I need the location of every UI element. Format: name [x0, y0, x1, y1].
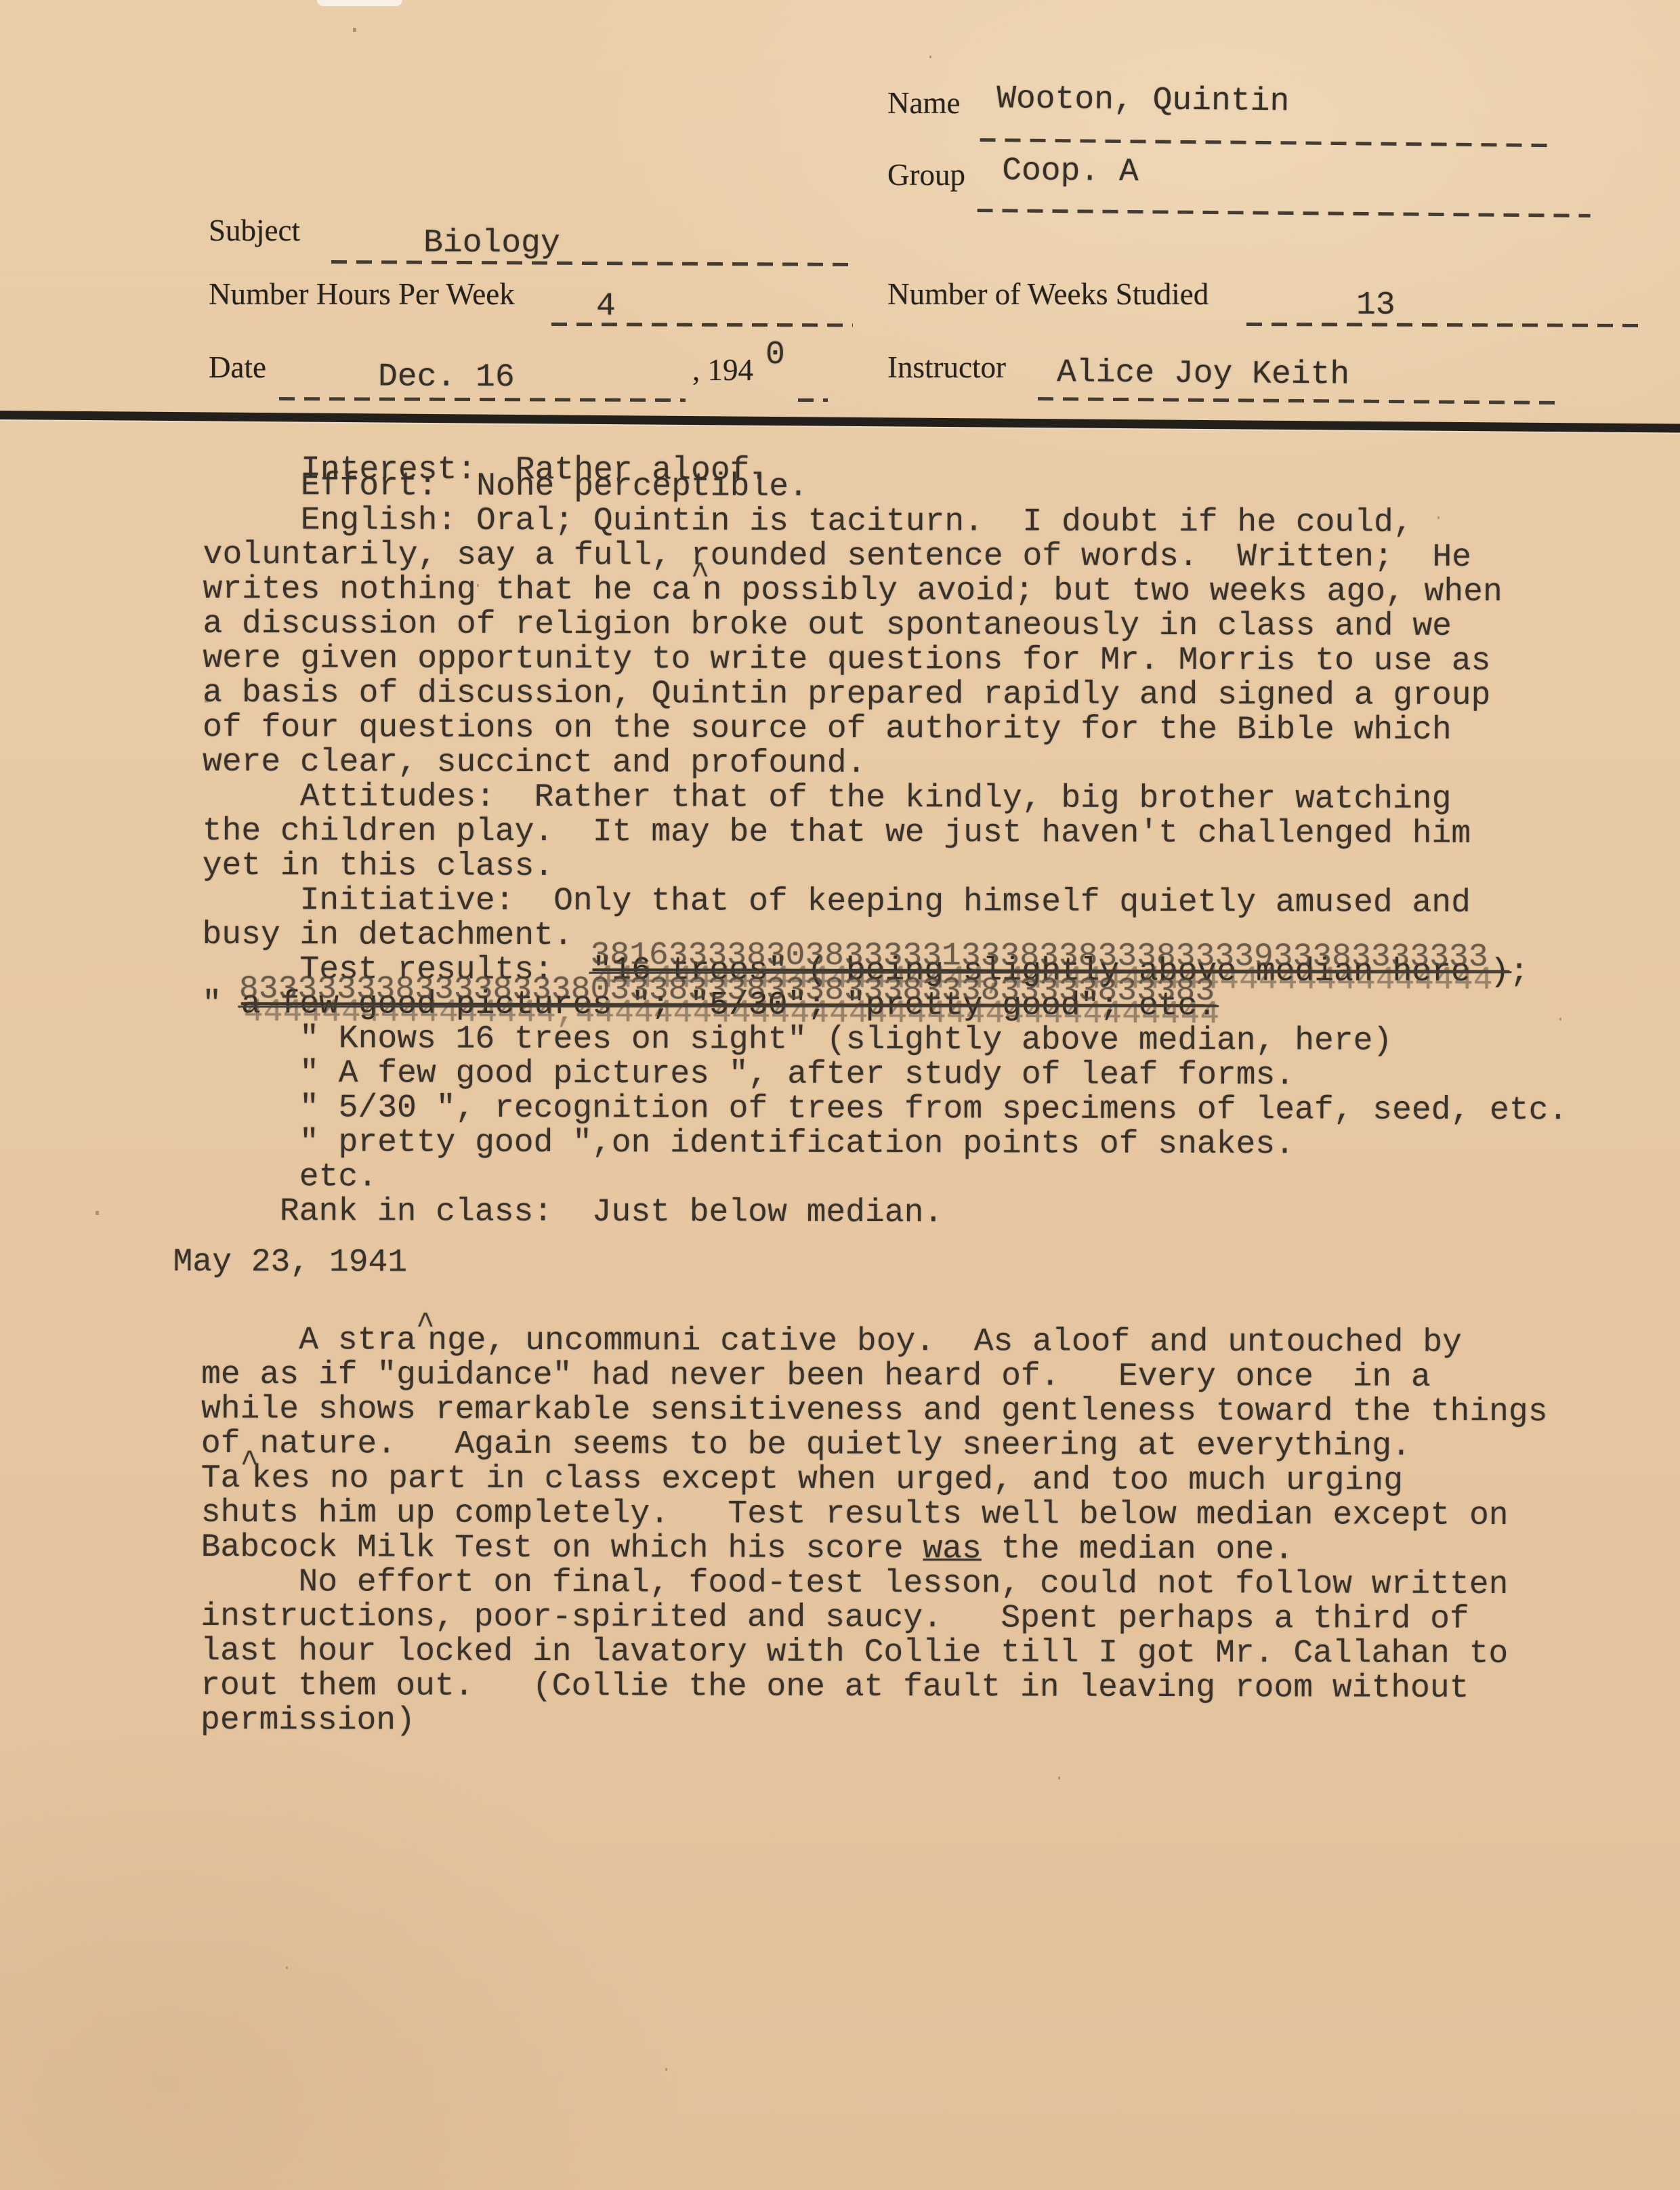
report-line: yet in this class. — [203, 849, 1658, 886]
report-line: shuts him up completely. Test results we… — [201, 1496, 1656, 1533]
text-run: No effort on final, food-test lesson, co… — [201, 1564, 1508, 1603]
text-run: Test results: — [202, 951, 592, 989]
date-value: Dec. 16 — [378, 361, 515, 394]
text-run: Ta — [201, 1460, 240, 1497]
report-line: last hour locked in lavatory with Collie… — [201, 1634, 1656, 1672]
report-line: were given opportunity to write question… — [203, 642, 1658, 679]
report-line: busy in detachment. — [202, 918, 1657, 955]
document-scan: Name Wooton, Quintin Group Coop. A Subje… — [0, 0, 1680, 2190]
report-line: etc. — [202, 1160, 1657, 1197]
group-field: Coop. A — [978, 150, 1608, 224]
text-run: n possibly avoid; but two weeks ago, whe… — [702, 573, 1503, 611]
text-run: of four questions on the source of autho… — [203, 709, 1452, 749]
text-run: " — [202, 986, 241, 1022]
text-run: instructions, poor-spirited and saucy. S… — [201, 1598, 1469, 1638]
text-run: last hour locked in lavatory with Collie… — [201, 1633, 1508, 1672]
text-run: " pretty good ",on identification points… — [202, 1124, 1295, 1163]
text-run: shuts him up completely. Test results we… — [201, 1495, 1509, 1534]
report-line: were clear, succinct and profound. — [203, 745, 1658, 783]
report-line: Initiative: Only that of keeping himself… — [203, 884, 1658, 921]
text-run: English: Oral; Quintin is taciturn. I do… — [203, 502, 1413, 541]
report-line: Babcock Milk Test on which his score was… — [201, 1531, 1656, 1568]
report-line: " pretty good ",on identification points… — [202, 1125, 1657, 1163]
text-run: yet in this class. — [203, 848, 554, 885]
group-label: Group — [887, 160, 965, 190]
text-run: Effort: None perceptible. — [203, 468, 808, 505]
text-run: a basis of discussion, Quintin prepared … — [203, 675, 1490, 714]
date-rule-tail — [798, 398, 828, 402]
report-line: A stra^nge, uncommuni cative boy. As alo… — [201, 1323, 1656, 1361]
group-rule — [978, 209, 1591, 218]
subject-label: Subject — [209, 215, 300, 246]
report-line: Rank in class: Just below median. — [202, 1195, 1657, 1232]
hours-field: 4 — [551, 289, 863, 337]
text-run: etc. — [202, 1159, 377, 1196]
report-line: instructions, poor-spirited and saucy. S… — [201, 1600, 1656, 1637]
text-run: ; — [1509, 954, 1529, 991]
text-run: while shows remarkable sensitiveness and… — [201, 1391, 1548, 1430]
text-run: voluntarily, say a full, rounded sentenc… — [203, 537, 1471, 576]
subject-field: Biology — [331, 224, 866, 281]
text-run: me as if "guidance" had never been heard… — [201, 1357, 1431, 1396]
instructor-label: Instructor — [887, 352, 1006, 383]
text-run: nge, uncommuni cative boy. As aloof and … — [427, 1323, 1462, 1361]
report-line: a discussion of religion broke out spont… — [203, 607, 1658, 644]
text-run: busy in detachment. — [202, 917, 572, 954]
report-line: May 23, 1941 — [173, 1245, 1656, 1283]
name-value: Wooton, Quintin — [996, 83, 1290, 118]
date-rule — [279, 397, 686, 402]
text-run: Babcock Milk Test on which his score — [201, 1529, 923, 1567]
instructor-field: Alice Joy Keith — [1038, 351, 1574, 416]
date-field: Dec. 16 — [279, 359, 699, 408]
text-run: of nature. Again seems to be quietly sne… — [201, 1426, 1411, 1465]
group-value: Coop. A — [1002, 154, 1139, 188]
report-line: of four questions on the source of autho… — [203, 711, 1658, 748]
text-run: " 5/30 ", recognition of trees from spec… — [202, 1090, 1568, 1129]
report-line: a basis of discussion, Quintin prepared … — [203, 676, 1658, 714]
text-run: rout them out. (Collie the one at fault … — [201, 1668, 1469, 1707]
text-run: " A few good pictures ", after study of … — [202, 1055, 1295, 1094]
text-run: a discussion of religion broke out spont… — [203, 606, 1452, 645]
subject-rule — [331, 260, 853, 266]
report-line: while shows remarkable sensitiveness and… — [201, 1392, 1656, 1430]
subject-value: Biology — [423, 227, 560, 260]
hours-value: 4 — [596, 290, 616, 323]
report-line: Effort: None perceptible. — [203, 469, 1658, 506]
report-line: rout them out. (Collie the one at fault … — [201, 1669, 1656, 1706]
paper-edge-nick — [317, 0, 402, 6]
instructor-value: Alice Joy Keith — [1057, 356, 1349, 391]
struck-text: "16 trees" ( being slightly above median… — [592, 952, 1509, 991]
text-run: Initiative: Only that of keeping himself… — [203, 882, 1471, 922]
hours-rule — [551, 323, 853, 327]
date-year-typed: 0 — [765, 339, 785, 371]
report-body: Interest: Rather aloof. Effort: None per… — [201, 453, 1658, 1741]
text-run: permission) — [201, 1702, 415, 1739]
instructor-rule — [1038, 397, 1559, 405]
report-line: " a few good pictures "; "5/30"; "pretty… — [202, 987, 1657, 1025]
report-line: me as if "guidance" had never been heard… — [201, 1358, 1656, 1395]
report-line: " 5/30 ", recognition of trees from spec… — [202, 1091, 1657, 1128]
text-run: Rank in class: Just below median. — [202, 1193, 944, 1231]
report-line: " A few good pictures ", after study of … — [202, 1056, 1657, 1094]
text-run: kes no part in class except when urged, … — [251, 1460, 1403, 1500]
insert-caret-mark: ^ — [691, 558, 702, 593]
date-year-printed: , 194 — [692, 355, 753, 386]
text-run: A stra — [201, 1322, 416, 1359]
name-rule — [980, 138, 1555, 147]
report-line: writes nothing that he ca^n possibly avo… — [203, 573, 1658, 610]
weeks-value: 13 — [1356, 289, 1395, 322]
insert-caret-mark: ^ — [416, 1308, 427, 1343]
underlined-word: was — [923, 1531, 982, 1567]
report-line: permission) — [201, 1703, 1656, 1741]
text-run: Attitudes: Rather that of the kindly, bi… — [203, 779, 1452, 818]
report-line: Test results: "16 trees" ( being slightl… — [202, 953, 1657, 990]
name-label: Name — [887, 88, 960, 119]
text-run: " Knows 16 trees on sight" (slightly abo… — [202, 1020, 1392, 1060]
text-run: were given opportunity to write question… — [203, 640, 1490, 680]
report-line: Attitudes: Rather that of the kindly, bi… — [203, 780, 1658, 817]
text-run: the median one. — [982, 1531, 1294, 1568]
text-run: May 23, 1941 — [173, 1244, 407, 1281]
date-label: Date — [209, 352, 266, 383]
report-line: the children play. It may be that we jus… — [203, 814, 1658, 852]
text-run: writes nothing that he ca — [203, 571, 691, 609]
report-line: of nature. Again seems to be quietly sne… — [201, 1427, 1656, 1464]
hours-label: Number Hours Per Week — [209, 279, 515, 310]
struck-text: a few good pictures "; "5/30"; "pretty g… — [241, 986, 1217, 1025]
weeks-rule — [1246, 323, 1639, 327]
text-run: the children play. It may be that we jus… — [203, 813, 1471, 852]
weeks-label: Number of Weeks Studied — [887, 279, 1209, 310]
paper-specks — [0, 0, 2, 3]
report-line: Ta^kes no part in class except when urge… — [201, 1462, 1656, 1499]
report-line: voluntarily, say a full, rounded sentenc… — [203, 538, 1658, 575]
weeks-field: 13 — [1246, 289, 1650, 337]
name-field: Wooton, Quintin — [980, 79, 1570, 152]
report-line: English: Oral; Quintin is taciturn. I do… — [203, 503, 1658, 541]
report-line: " Knows 16 trees on sight" (slightly abo… — [202, 1022, 1657, 1059]
insert-caret-mark: ^ — [240, 1446, 251, 1481]
text-run: were clear, succinct and profound. — [203, 744, 866, 782]
report-line: No effort on final, food-test lesson, co… — [201, 1565, 1656, 1603]
